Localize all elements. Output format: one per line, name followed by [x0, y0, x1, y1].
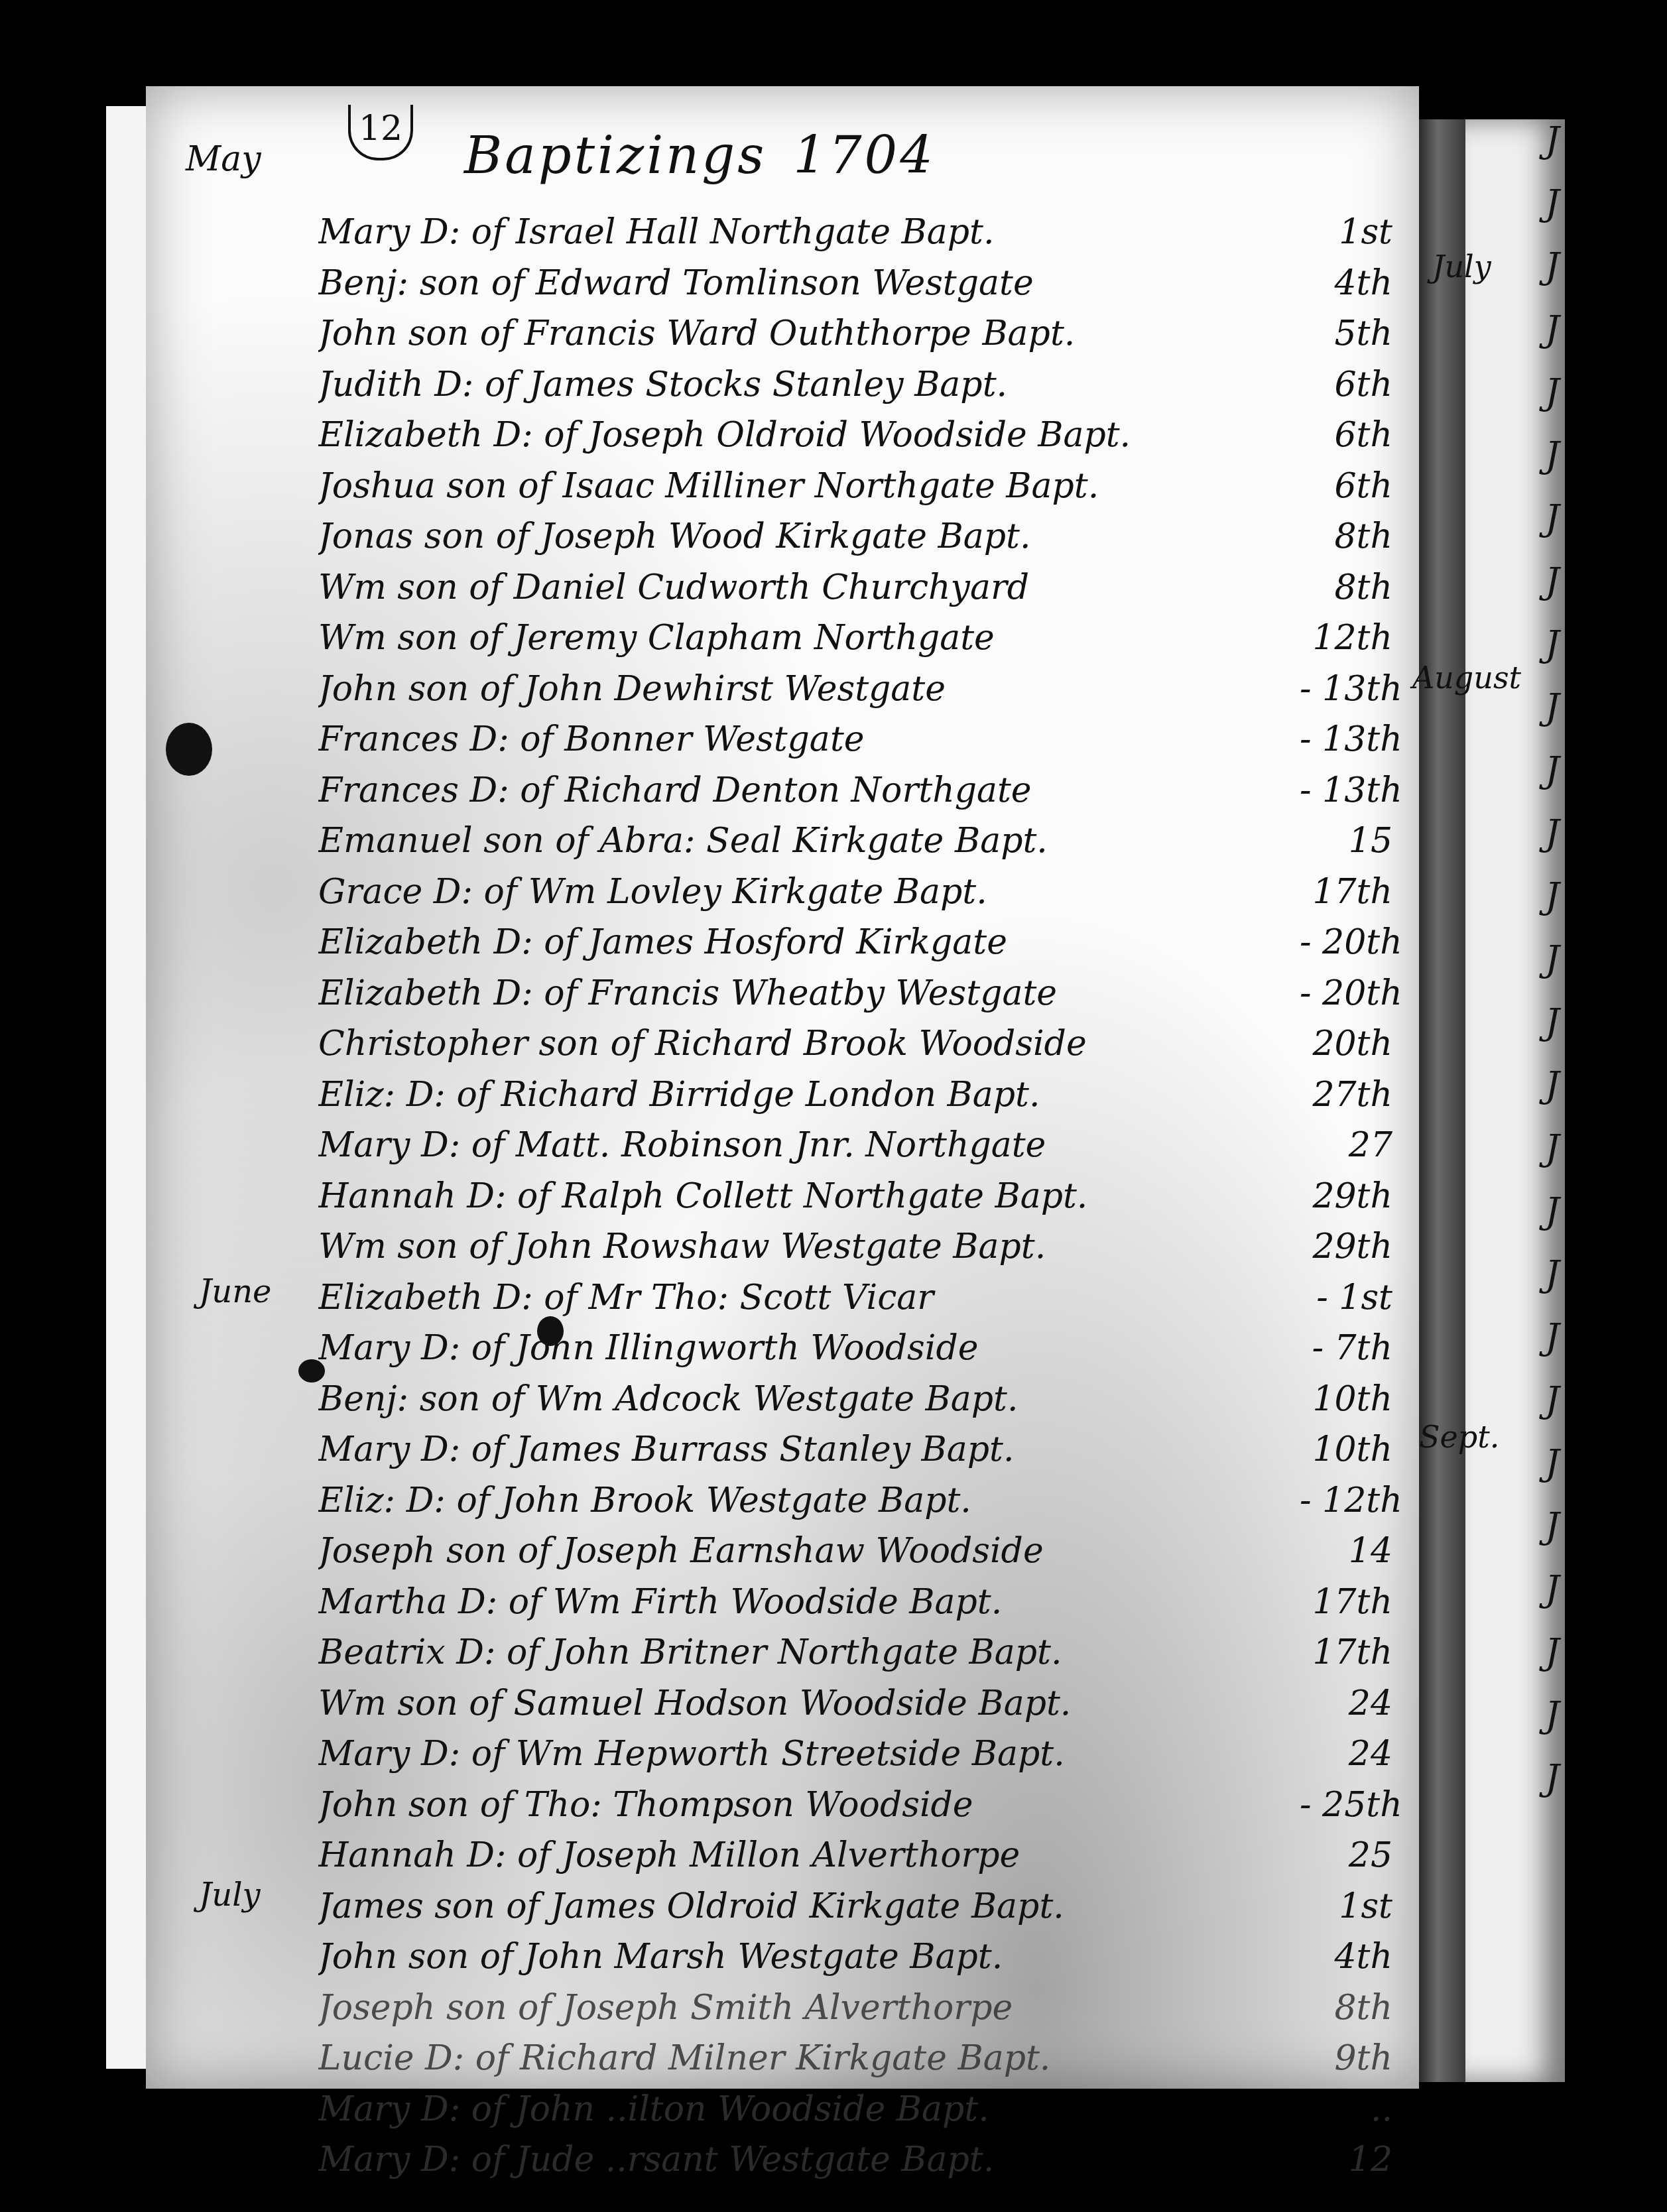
baptism-entry: Eliz: D: of Richard Birridge London Bapt… — [318, 1075, 1392, 1126]
entry-text: Elizabeth D: of Mr Tho: Scott Vicar — [318, 1278, 1300, 1318]
facing-page-fragment: J — [1465, 686, 1565, 749]
entry-day: 8th — [1300, 517, 1392, 556]
entry-day: - 13th — [1300, 770, 1392, 810]
entry-text: Mary D: of John ..ilton Woodside Bapt. — [318, 2089, 1300, 2129]
book-gutter — [1419, 119, 1465, 2082]
facing-page-fragment: J — [1465, 1568, 1565, 1631]
entry-day: 17th — [1300, 1632, 1392, 1672]
baptism-entry: Frances D: of Bonner Westgate- 13th — [318, 719, 1392, 770]
entry-day: 25 — [1300, 1835, 1392, 1875]
entry-text: Martha D: of Wm Firth Woodside Bapt. — [318, 1582, 1300, 1622]
baptism-entry: Frances D: of Richard Denton Northgate- … — [318, 770, 1392, 822]
entry-day: 29th — [1300, 1227, 1392, 1266]
entry-day: 8th — [1300, 1988, 1392, 2028]
baptism-entry: Benj: son of Wm Adcock Westgate Bapt.10t… — [318, 1379, 1392, 1430]
entry-day: 24 — [1300, 1734, 1392, 1774]
entry-day: 6th — [1300, 466, 1392, 506]
entry-day: 6th — [1300, 415, 1392, 455]
entry-day: 12th — [1300, 618, 1392, 658]
baptism-entry: Benj: son of Edward Tomlinson Westgate4t… — [318, 263, 1392, 314]
baptism-entry: Wm son of Jeremy Clapham Northgate12th — [318, 618, 1392, 669]
facing-page-fragment: J — [1465, 1253, 1565, 1316]
entry-text: Benj: son of Wm Adcock Westgate Bapt. — [318, 1379, 1300, 1419]
entry-day: 17th — [1300, 1582, 1392, 1622]
entry-text: Christopher son of Richard Brook Woodsid… — [318, 1024, 1300, 1064]
entry-text: Beatrix D: of John Britner Northgate Bap… — [318, 1632, 1300, 1672]
entry-day: - 7th — [1300, 1328, 1392, 1368]
entry-text: Mary D: of Wm Hepworth Streetside Bapt. — [318, 1734, 1300, 1774]
facing-page-fragment: J — [1465, 1694, 1565, 1757]
entry-text: Elizabeth D: of James Hosford Kirkgate — [318, 922, 1300, 962]
entry-day: 17th — [1300, 872, 1392, 912]
baptism-entry: Mary D: of John ..ilton Woodside Bapt... — [318, 2089, 1392, 2140]
entry-text: Lucie D: of Richard Milner Kirkgate Bapt… — [318, 2038, 1300, 2078]
facing-page-fragment: J — [1465, 497, 1565, 560]
baptism-entry: Eliz: D: of John Brook Westgate Bapt.- 1… — [318, 1481, 1392, 1532]
facing-page-fragment: J — [1465, 308, 1565, 371]
entry-day: 27 — [1300, 1125, 1392, 1165]
right-margin-month-sept: Sept. — [1419, 1419, 1499, 1455]
baptism-entry: Mary D: of Wm Hepworth Streetside Bapt.2… — [318, 1734, 1392, 1785]
ink-blot — [166, 723, 212, 776]
entry-day: - 13th — [1300, 719, 1392, 759]
baptism-entry: Beatrix D: of John Britner Northgate Bap… — [318, 1632, 1392, 1684]
baptism-entry: Mary D: of Israel Hall Northgate Bapt.1s… — [318, 212, 1392, 263]
entry-text: Wm son of Samuel Hodson Woodside Bapt. — [318, 1684, 1300, 1723]
baptism-entry: Elizabeth D: of Francis Wheatby Westgate… — [318, 973, 1392, 1024]
entry-text: Mary D: of Matt. Robinson Jnr. Northgate — [318, 1125, 1300, 1165]
facing-page-fragment: J — [1465, 119, 1565, 182]
facing-page-fragment: J — [1465, 1190, 1565, 1253]
facing-page-fragment: J — [1465, 875, 1565, 938]
entry-text: Grace D: of Wm Lovley Kirkgate Bapt. — [318, 872, 1300, 912]
entry-text: Hannah D: of Ralph Collett Northgate Bap… — [318, 1176, 1300, 1216]
entry-text: Mary D: of James Burrass Stanley Bapt. — [318, 1430, 1300, 1469]
baptism-entries: Mary D: of Israel Hall Northgate Bapt.1s… — [318, 212, 1392, 2191]
entry-text: Joshua son of Isaac Milliner Northgate B… — [318, 466, 1300, 506]
entry-day: 4th — [1300, 1937, 1392, 1977]
entry-day: 27th — [1300, 1075, 1392, 1115]
entry-day: 1st — [1300, 1886, 1392, 1926]
facing-page-fragment: J — [1465, 812, 1565, 875]
entry-day: 10th — [1300, 1430, 1392, 1469]
facing-page-fragment: J — [1465, 1505, 1565, 1568]
title-year: 1704 — [793, 126, 936, 186]
baptism-entry: John son of John Dewhirst Westgate- 13th — [318, 669, 1392, 720]
entry-text: Mary D: of Jude ..rsant Westgate Bapt. — [318, 2140, 1300, 2180]
facing-page-fragment: J — [1465, 371, 1565, 434]
entry-day: 24 — [1300, 1684, 1392, 1723]
baptism-entry: Emanuel son of Abra: Seal Kirkgate Bapt.… — [318, 821, 1392, 872]
entry-text: Mary D: of Israel Hall Northgate Bapt. — [318, 212, 1300, 252]
entry-day: 12 — [1300, 2140, 1392, 2180]
entry-day: 4th — [1300, 263, 1392, 303]
entry-text: John son of Tho: Thompson Woodside — [318, 1785, 1300, 1825]
entry-day: 5th — [1300, 314, 1392, 353]
baptism-entry: Judith D: of James Stocks Stanley Bapt.6… — [318, 365, 1392, 416]
entry-text: Elizabeth D: of Francis Wheatby Westgate — [318, 973, 1300, 1013]
entry-text: Mary D: of John Illingworth Woodside — [318, 1328, 1300, 1368]
baptism-entry: Joshua son of Isaac Milliner Northgate B… — [318, 466, 1392, 517]
header-month: May — [186, 139, 261, 179]
baptism-entry: Joseph son of Joseph Smith Alverthorpe8t… — [318, 1988, 1392, 2039]
facing-page-fragment: J — [1465, 560, 1565, 623]
baptism-entry: Wm son of John Rowshaw Westgate Bapt.29t… — [318, 1227, 1392, 1278]
entry-day: 8th — [1300, 568, 1392, 607]
baptism-entry: Mary D: of Matt. Robinson Jnr. Northgate… — [318, 1125, 1392, 1176]
facing-page-fragment: J — [1465, 1064, 1565, 1127]
entry-text: John son of Francis Ward Ouththorpe Bapt… — [318, 314, 1300, 353]
right-margin-month-august: August — [1412, 660, 1521, 696]
entry-text: Wm son of Jeremy Clapham Northgate — [318, 618, 1300, 658]
entry-text: Benj: son of Edward Tomlinson Westgate — [318, 263, 1300, 303]
baptism-entry: Martha D: of Wm Firth Woodside Bapt.17th — [318, 1582, 1392, 1633]
facing-page-fragment: J — [1465, 749, 1565, 812]
baptism-entry: Wm son of Daniel Cudworth Churchyard8th — [318, 568, 1392, 619]
entry-text: Jonas son of Joseph Wood Kirkgate Bapt. — [318, 517, 1300, 556]
entry-day: 6th — [1300, 365, 1392, 404]
entry-text: Joseph son of Joseph Smith Alverthorpe — [318, 1988, 1300, 2028]
baptism-entry: Elizabeth D: of Joseph Oldroid Woodside … — [318, 415, 1392, 466]
facing-page-fragment: J — [1465, 1127, 1565, 1190]
baptism-entry: Lucie D: of Richard Milner Kirkgate Bapt… — [318, 2038, 1392, 2089]
baptism-entry: Mary D: of James Burrass Stanley Bapt.10… — [318, 1430, 1392, 1481]
facing-page-fragment: J — [1465, 938, 1565, 1001]
baptism-entry: Elizabeth D: of Mr Tho: Scott Vicar- 1st — [318, 1278, 1392, 1329]
entry-text: Eliz: D: of John Brook Westgate Bapt. — [318, 1481, 1300, 1520]
facing-page-fragment: J — [1465, 182, 1565, 245]
entry-day: 20th — [1300, 1024, 1392, 1064]
baptism-entry: Elizabeth D: of James Hosford Kirkgate- … — [318, 922, 1392, 973]
baptism-entry: John son of Francis Ward Ouththorpe Bapt… — [318, 314, 1392, 365]
entry-text: Joseph son of Joseph Earnshaw Woodside — [318, 1531, 1300, 1571]
baptism-entry: James son of James Oldroid Kirkgate Bapt… — [318, 1886, 1392, 1937]
entry-day: 14 — [1300, 1531, 1392, 1571]
entry-text: Frances D: of Richard Denton Northgate — [318, 770, 1300, 810]
baptism-entry: Jonas son of Joseph Wood Kirkgate Bapt.8… — [318, 517, 1392, 568]
baptism-entry: Joseph son of Joseph Earnshaw Woodside14 — [318, 1531, 1392, 1582]
baptism-entry: Hannah D: of Joseph Millon Alverthorpe25 — [318, 1835, 1392, 1886]
baptism-entry: Christopher son of Richard Brook Woodsid… — [318, 1024, 1392, 1075]
entry-text: Wm son of Daniel Cudworth Churchyard — [318, 568, 1300, 607]
facing-page-fragment: J — [1465, 1001, 1565, 1064]
page-title: Baptizings1704 — [464, 126, 936, 186]
entry-text: John son of John Dewhirst Westgate — [318, 669, 1300, 709]
left-page-edge — [106, 106, 146, 2069]
page-header: May 12 Baptizings1704 — [186, 99, 1379, 212]
register-page: May 12 Baptizings1704 June July Mary D: … — [146, 86, 1419, 2089]
entry-text: John son of John Marsh Westgate Bapt. — [318, 1937, 1300, 1977]
baptism-entry: Hannah D: of Ralph Collett Northgate Bap… — [318, 1176, 1392, 1227]
page-number: 12 — [348, 105, 413, 160]
facing-page-fragment: J — [1465, 1631, 1565, 1694]
baptism-entry: John son of John Marsh Westgate Bapt.4th — [318, 1937, 1392, 1988]
entry-day: 29th — [1300, 1176, 1392, 1216]
entry-day: 9th — [1300, 2038, 1392, 2078]
entry-day: - 25th — [1300, 1785, 1392, 1825]
entry-text: Eliz: D: of Richard Birridge London Bapt… — [318, 1075, 1300, 1115]
margin-month-june: June — [199, 1273, 271, 1310]
baptism-entry: Mary D: of John Illingworth Woodside- 7t… — [318, 1328, 1392, 1379]
entry-day: - 13th — [1300, 669, 1392, 709]
entry-text: Hannah D: of Joseph Millon Alverthorpe — [318, 1835, 1300, 1875]
margin-month-july: July — [199, 1876, 261, 1914]
facing-page-fragment: J — [1465, 1316, 1565, 1379]
entry-text: Emanuel son of Abra: Seal Kirkgate Bapt. — [318, 821, 1300, 861]
baptism-entry: John son of Tho: Thompson Woodside- 25th — [318, 1785, 1392, 1836]
entry-text: Wm son of John Rowshaw Westgate Bapt. — [318, 1227, 1300, 1266]
entry-day: - 20th — [1300, 973, 1392, 1013]
entry-day: 15 — [1300, 821, 1392, 861]
entry-day: - 20th — [1300, 922, 1392, 962]
baptism-entry: Wm son of Samuel Hodson Woodside Bapt.24 — [318, 1684, 1392, 1735]
facing-page-edge: JJJJJJJJJJJJJJJJJJJJJJJJJJJ — [1465, 119, 1565, 2082]
entry-text: Elizabeth D: of Joseph Oldroid Woodside … — [318, 415, 1300, 455]
title-text: Baptizings — [464, 126, 767, 186]
entry-day: - 1st — [1300, 1278, 1392, 1318]
entry-day: 10th — [1300, 1379, 1392, 1419]
entry-day: - 12th — [1300, 1481, 1392, 1520]
baptism-entry: Grace D: of Wm Lovley Kirkgate Bapt.17th — [318, 872, 1392, 923]
facing-page-fragment: J — [1465, 434, 1565, 497]
entry-day: 1st — [1300, 212, 1392, 252]
right-margin-month-july: July — [1432, 249, 1491, 284]
entry-text: Judith D: of James Stocks Stanley Bapt. — [318, 365, 1300, 404]
entry-text: James son of James Oldroid Kirkgate Bapt… — [318, 1886, 1300, 1926]
entry-day: .. — [1300, 2089, 1392, 2129]
entry-text: Frances D: of Bonner Westgate — [318, 719, 1300, 759]
facing-page-fragment: J — [1465, 1757, 1565, 1820]
baptism-entry: Mary D: of Jude ..rsant Westgate Bapt.12 — [318, 2140, 1392, 2191]
